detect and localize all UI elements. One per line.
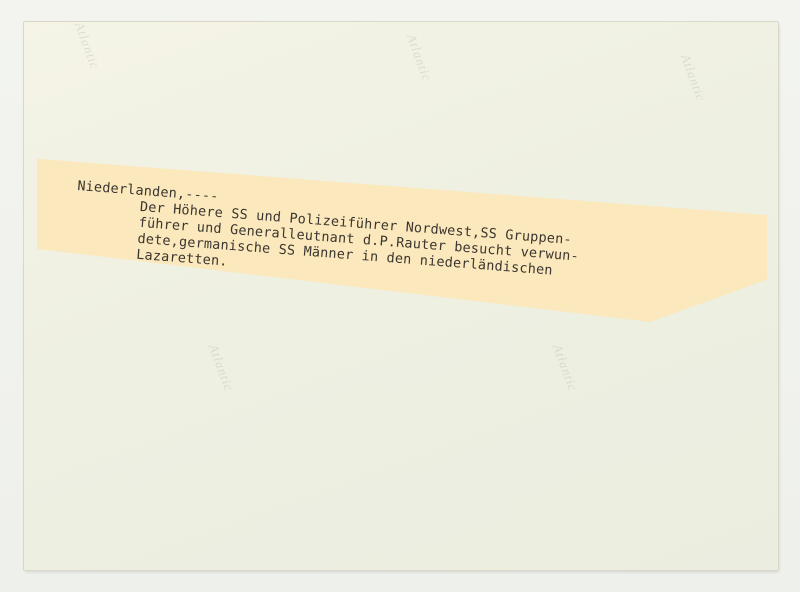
watermark-stamp: Atlantic — [677, 52, 709, 104]
watermark-stamp: Atlantic — [205, 342, 237, 394]
watermark-stamp: Atlantic — [549, 342, 581, 394]
watermark-stamp: Atlantic — [403, 32, 435, 84]
watermark-stamp: Atlantic — [71, 20, 103, 72]
